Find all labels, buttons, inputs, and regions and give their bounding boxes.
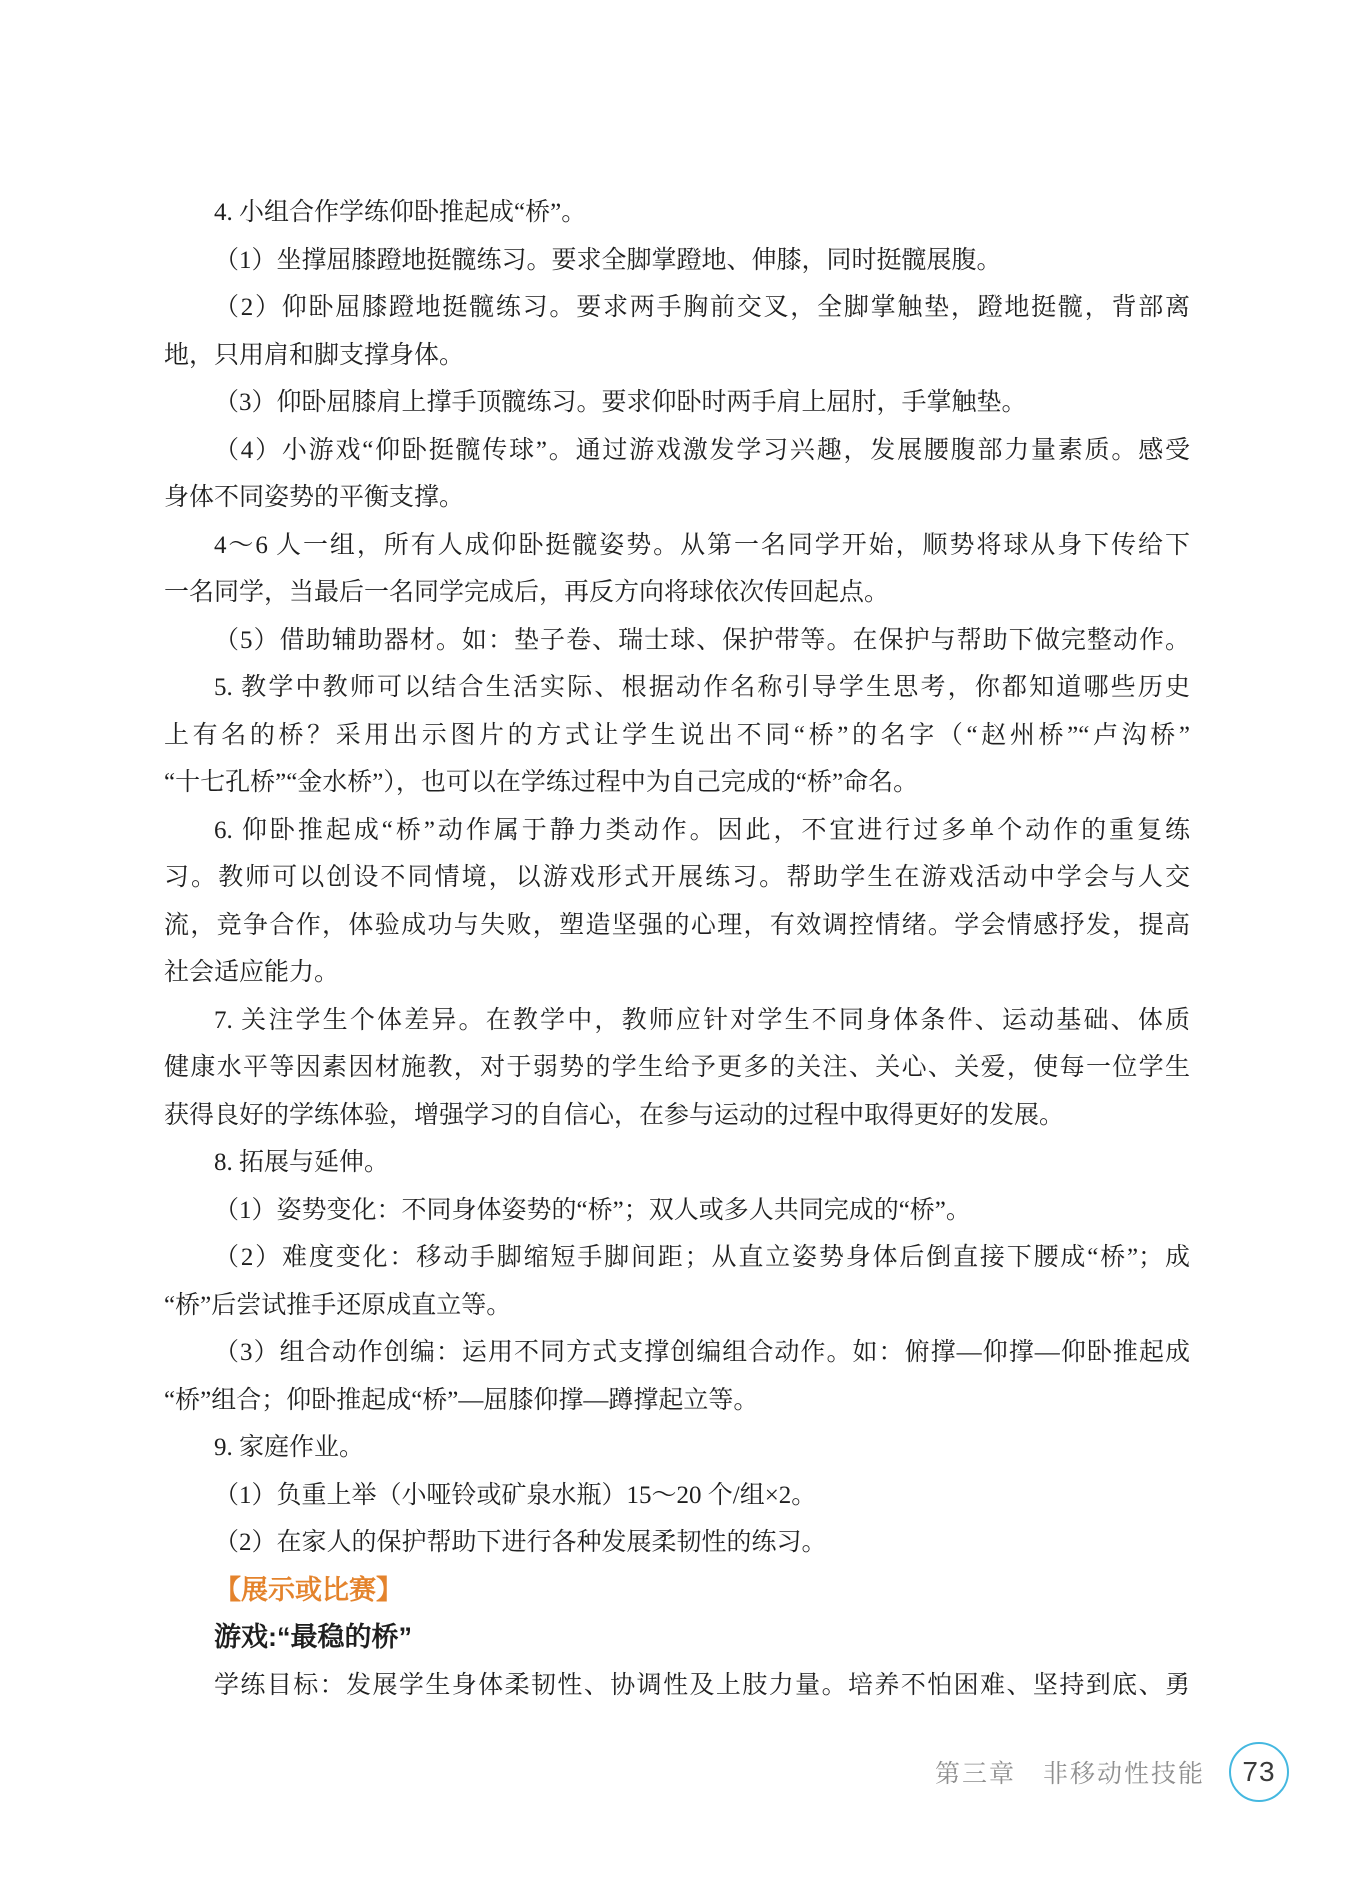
text-line: 身体不同姿势的平衡支撑。 (164, 474, 1190, 522)
page-number: 73 (1242, 1756, 1275, 1788)
section-heading: 【展示或比赛】 (164, 1567, 1190, 1615)
content: 4. 小组合作学练仰卧推起成“桥”。（1）坐撑屈膝蹬地挺髋练习。要求全脚掌蹬地、… (164, 189, 1190, 1709)
text-line: 学练目标：发展学生身体柔韧性、协调性及上肢力量。培养不怕困难、坚持到底、勇 (164, 1662, 1190, 1710)
page-number-badge: 73 (1229, 1742, 1289, 1802)
text-line: 流，竞争合作，体验成功与失败，塑造坚强的心理，有效调控情绪。学会情感抒发，提高 (164, 902, 1190, 950)
text-line: 健康水平等因素因材施教，对于弱势的学生给予更多的关注、关心、关爱，使每一位学生 (164, 1044, 1190, 1092)
text-line: 获得良好的学练体验，增强学习的自信心，在参与运动的过程中取得更好的发展。 (164, 1092, 1190, 1140)
text-line: 地，只用肩和脚支撑身体。 (164, 332, 1190, 380)
text-line: 6. 仰卧推起成“桥”动作属于静力类动作。因此，不宜进行过多单个动作的重复练 (164, 807, 1190, 855)
text-line: 7. 关注学生个体差异。在教学中，教师应针对学生不同身体条件、运动基础、体质 (164, 997, 1190, 1045)
text-line: “桥”后尝试推手还原成直立等。 (164, 1282, 1190, 1330)
text-line: （2）在家人的保护帮助下进行各种发展柔韧性的练习。 (164, 1519, 1190, 1567)
text-line: “桥”组合；仰卧推起成“桥”—屈膝仰撑—蹲撑起立等。 (164, 1377, 1190, 1425)
text-line: （1）坐撑屈膝蹬地挺髋练习。要求全脚掌蹬地、伸膝，同时挺髋展腹。 (164, 237, 1190, 285)
text-line: 习。教师可以创设不同情境，以游戏形式开展练习。帮助学生在游戏活动中学会与人交 (164, 854, 1190, 902)
text-line: 4. 小组合作学练仰卧推起成“桥”。 (164, 189, 1190, 237)
text-line: （2）难度变化：移动手脚缩短手脚间距；从直立姿势身体后倒直接下腰成“桥”；成 (164, 1234, 1190, 1282)
text-line: 上有名的桥？采用出示图片的方式让学生说出不同“桥”的名字（“赵州桥”“卢沟桥” (164, 712, 1190, 760)
text-line: “十七孔桥”“金水桥”），也可以在学练过程中为自己完成的“桥”命名。 (164, 759, 1190, 807)
footer-chapter: 第三章 (935, 1754, 1016, 1790)
text-line: （4）小游戏“仰卧挺髋传球”。通过游戏激发学习兴趣，发展腰腹部力量素质。感受 (164, 427, 1190, 475)
text-line: 5. 教学中教师可以结合生活实际、根据动作名称引导学生思考，你都知道哪些历史 (164, 664, 1190, 712)
text-line: （1）负重上举（小哑铃或矿泉水瓶）15～20 个/组×2。 (164, 1472, 1190, 1520)
text-line: （2）仰卧屈膝蹬地挺髋练习。要求两手胸前交叉，全脚掌触垫，蹬地挺髋，背部离 (164, 284, 1190, 332)
footer-section: 非移动性技能 (1043, 1754, 1205, 1790)
text-line: （1）姿势变化：不同身体姿势的“桥”；双人或多人共同完成的“桥”。 (164, 1187, 1190, 1235)
text-line: 一名同学，当最后一名同学完成后，再反方向将球依次传回起点。 (164, 569, 1190, 617)
text-line: 社会适应能力。 (164, 949, 1190, 997)
text-line: （5）借助辅助器材。如：垫子卷、瑞士球、保护带等。在保护与帮助下做完整动作。 (164, 617, 1190, 665)
text-line: 8. 拓展与延伸。 (164, 1139, 1190, 1187)
document-page: 4. 小组合作学练仰卧推起成“桥”。（1）坐撑屈膝蹬地挺髋练习。要求全脚掌蹬地、… (0, 0, 1359, 1891)
text-line: 4～6 人一组，所有人成仰卧挺髋姿势。从第一名同学开始，顺势将球从身下传给下 (164, 522, 1190, 570)
text-line: （3）组合动作创编：运用不同方式支撑创编组合动作。如：俯撑—仰撑—仰卧推起成 (164, 1329, 1190, 1377)
footer: 第三章 非移动性技能 73 (935, 1742, 1289, 1802)
text-line: （3）仰卧屈膝肩上撑手顶髋练习。要求仰卧时两手肩上屈肘，手掌触垫。 (164, 379, 1190, 427)
text-line: 9. 家庭作业。 (164, 1424, 1190, 1472)
game-heading: 游戏:“最稳的桥” (164, 1614, 1190, 1662)
